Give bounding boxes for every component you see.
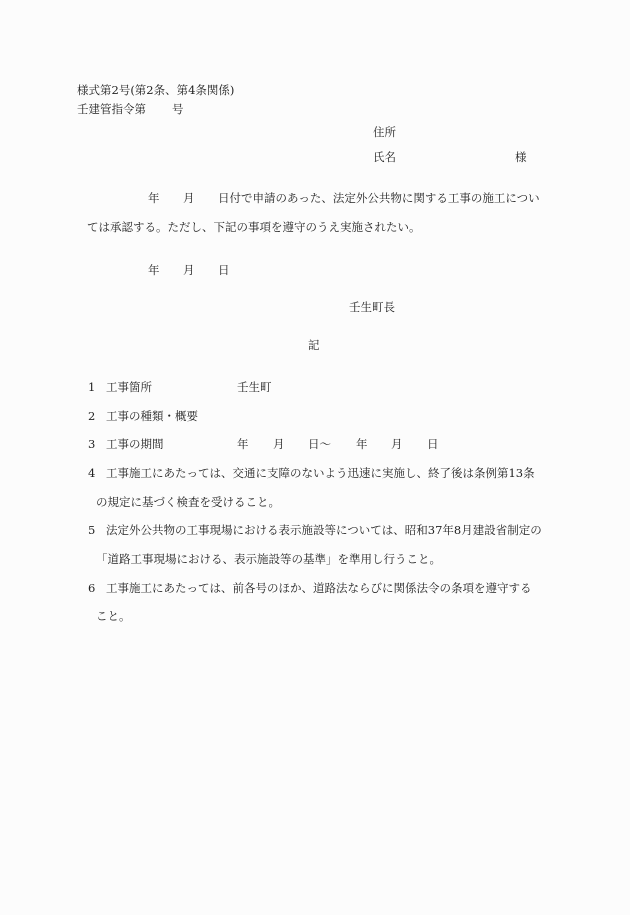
address-label: 住所 [373, 127, 396, 139]
issue-year: 年 [148, 265, 160, 277]
item-1-value: 壬生町 [237, 382, 272, 394]
item-5-number: 5 [88, 525, 95, 537]
item-3-number: 3 [88, 439, 95, 451]
item-5-line-1: 法定外公共物の工事現場における表示施設等については、昭和37年8月建設省制定の [106, 525, 542, 537]
honorific: 様 [515, 152, 527, 164]
period-end-day: 日 [427, 439, 439, 451]
body-line-2: ては承認する。ただし、下記の事項を遵守のうえ実施されたい。 [87, 222, 421, 234]
reference-number-prefix: 壬建管指令第 [77, 104, 146, 116]
item-6-line-1: 工事施工にあたっては、前各号のほか、道路法ならびに関係法令の条項を遵守する [106, 583, 532, 595]
item-1-label: 工事箇所 [106, 382, 152, 394]
name-label: 氏名 [373, 152, 396, 164]
period-start-year: 年 [237, 439, 249, 451]
item-4-line-1: 工事施工にあたっては、交通に支障のないよう迅速に実施し、終了後は条例第13条 [106, 468, 535, 480]
item-5-line-2: 「道路工事現場における、表示施設等の基準」を準用し行うこと。 [96, 554, 441, 566]
application-month: 月 [183, 193, 195, 205]
period-start-day: 日〜 [308, 439, 331, 451]
item-3-label: 工事の期間 [106, 439, 164, 451]
period-start-month: 月 [273, 439, 285, 451]
item-4-line-2: の規定に基づく検査を受けること。 [96, 497, 280, 509]
item-1-number: 1 [88, 382, 95, 394]
issuer: 壬生町長 [349, 302, 395, 314]
period-end-year: 年 [356, 439, 368, 451]
issue-month: 月 [183, 265, 195, 277]
body-line-1: 日付で申請のあった、法定外公共物に関する工事の施工につい [218, 193, 540, 205]
application-year: 年 [148, 193, 160, 205]
period-end-month: 月 [391, 439, 403, 451]
item-6-line-2: こと。 [96, 611, 131, 623]
form-label: 様式第2号(第2条、第4条関係) [77, 85, 234, 97]
reference-number-suffix: 号 [172, 104, 184, 116]
ki-heading: 記 [308, 340, 320, 352]
item-2-label: 工事の種類・概要 [106, 411, 198, 423]
item-6-number: 6 [88, 583, 95, 595]
item-2-number: 2 [88, 411, 95, 423]
issue-day: 日 [218, 265, 230, 277]
item-4-number: 4 [88, 468, 95, 480]
